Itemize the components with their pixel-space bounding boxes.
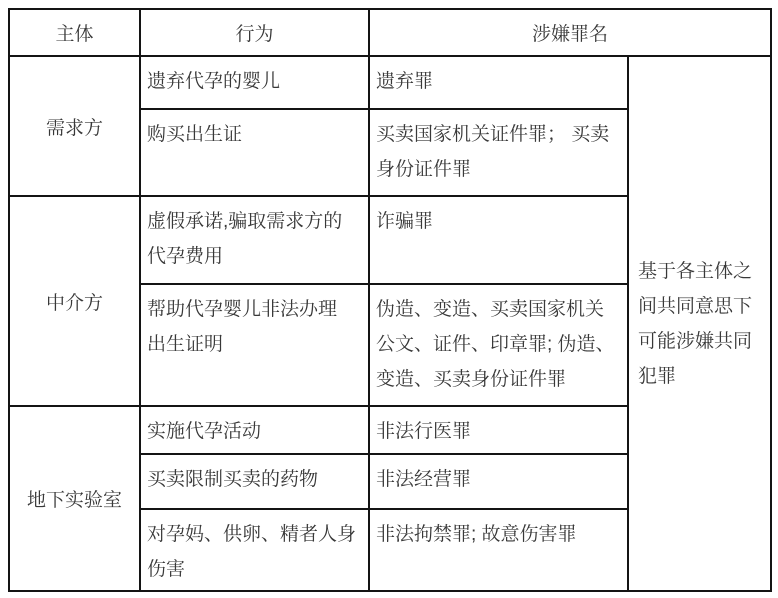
crime-cell: 非法行医罪	[369, 406, 628, 454]
behavior-cell: 帮助代孕婴儿非法办理 出生证明	[140, 284, 369, 406]
subject-cell-underground-lab: 地下实验室	[9, 406, 140, 591]
crime-cell: 非法拘禁罪; 故意伤害罪	[369, 509, 628, 591]
crime-cell: 诈骗罪	[369, 196, 628, 284]
header-cell-subject: 主体	[9, 9, 140, 56]
behavior-cell: 实施代孕活动	[140, 406, 369, 454]
liability-table: 主体 行为 涉嫌罪名 需求方 遗弃代孕的婴儿 遗弃罪 基于各主体之 间共同意思下…	[8, 8, 772, 592]
behavior-cell: 购买出生证	[140, 109, 369, 196]
crime-cell: 伪造、变造、买卖国家机关 公文、证件、印章罪; 伪造、 变造、买卖身份证件罪	[369, 284, 628, 406]
header-cell-behavior: 行为	[140, 9, 369, 56]
joint-liability-cell: 基于各主体之 间共同意思下 可能涉嫌共同 犯罪	[628, 56, 771, 591]
behavior-cell: 虚假承诺,骗取需求方的 代孕费用	[140, 196, 369, 284]
header-cell-crime: 涉嫌罪名	[369, 9, 771, 56]
behavior-cell: 对孕妈、供卵、精者人身 伤害	[140, 509, 369, 591]
crime-cell: 遗弃罪	[369, 56, 628, 109]
behavior-cell: 遗弃代孕的婴儿	[140, 56, 369, 109]
crime-cell: 买卖国家机关证件罪； 买卖 身份证件罪	[369, 109, 628, 196]
subject-cell-demand-side: 需求方	[9, 56, 140, 196]
table-header-row: 主体 行为 涉嫌罪名	[9, 9, 771, 56]
subject-cell-intermediary: 中介方	[9, 196, 140, 406]
table-row: 需求方 遗弃代孕的婴儿 遗弃罪 基于各主体之 间共同意思下 可能涉嫌共同 犯罪	[9, 56, 771, 109]
crime-cell: 非法经营罪	[369, 454, 628, 509]
behavior-cell: 买卖限制买卖的药物	[140, 454, 369, 509]
